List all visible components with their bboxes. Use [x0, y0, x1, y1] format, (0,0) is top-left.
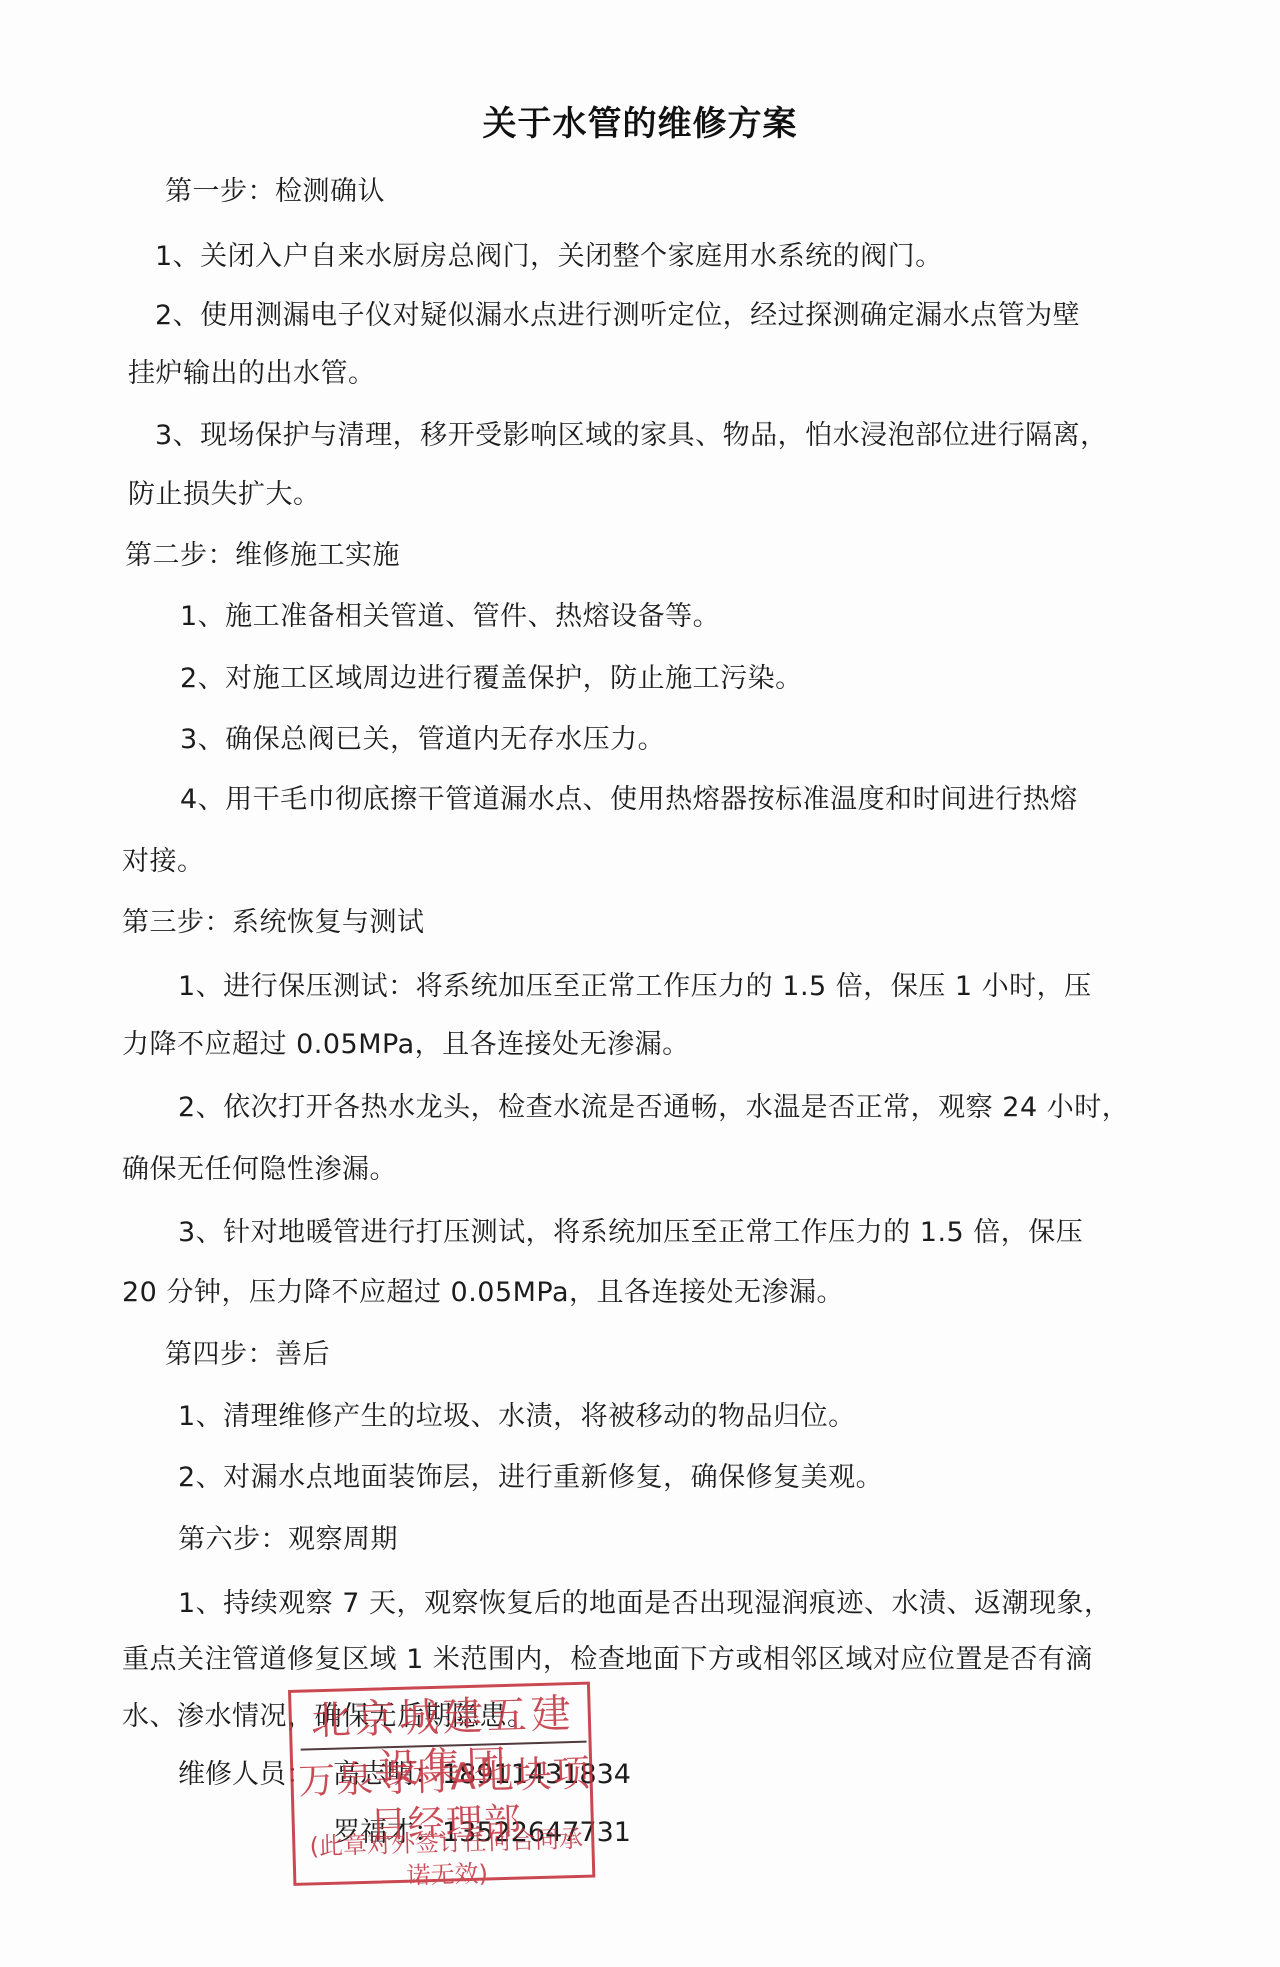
step1-item1: 1、关闭入户自来水厨房总阀门，关闭整个家庭用水系统的阀门。 — [155, 240, 943, 274]
step2-item4: 4、用干毛巾彻底擦干管道漏水点、使用热熔器按标准温度和时间进行热熔 — [180, 783, 1078, 817]
step3-item3-cont: 20 分钟，压力降不应超过 0.05MPa，且各连接处无渗漏。 — [122, 1276, 844, 1310]
section-heading-step3: 第三步：系统恢复与测试 — [122, 906, 425, 940]
step6-item1-cont: 重点关注管道修复区域 1 米范围内，检查地面下方或相邻区域对应位置是否有滴 — [122, 1643, 1093, 1677]
company-seal-stamp: 北京城建五建设集团 万泉寺村A地块项目经理部 (此章对外签订任何合同承诺无效) — [288, 1682, 595, 1886]
stamp-company-name: 北京城建五建设集团 — [299, 1689, 586, 1751]
step3-item1-cont: 力降不应超过 0.05MPa，且各连接处无渗漏。 — [122, 1028, 690, 1062]
section-heading-step2: 第二步：维修施工实施 — [125, 539, 400, 573]
step1-item3-cont: 防止损失扩大。 — [128, 478, 321, 512]
step2-item4-cont: 对接。 — [122, 845, 205, 879]
section-heading-step1: 第一步：检测确认 — [165, 175, 385, 209]
document-title: 关于水管的维修方案 — [0, 96, 1280, 145]
step2-item1: 1、施工准备相关管道、管件、热熔设备等。 — [180, 600, 720, 634]
step2-item2: 2、对施工区域周边进行覆盖保护，防止施工污染。 — [180, 662, 803, 696]
step3-item1: 1、进行保压测试：将系统加压至正常工作压力的 1.5 倍，保压 1 小时，压 — [178, 970, 1092, 1004]
step3-item2-cont: 确保无任何隐性渗漏。 — [122, 1153, 397, 1187]
stamp-disclaimer: (此章对外签订任何合同承诺无效) — [299, 1823, 595, 1895]
step4-item2: 2、对漏水点地面装饰层，进行重新修复，确保修复美观。 — [178, 1461, 883, 1495]
step1-item2-cont: 挂炉输出的出水管。 — [128, 357, 376, 391]
section-heading-step6: 第六步：观察周期 — [178, 1523, 398, 1557]
document-page: 关于水管的维修方案 第一步：检测确认 1、关闭入户自来水厨房总阀门，关闭整个家庭… — [0, 0, 1280, 1967]
step6-item1: 1、持续观察 7 天，观察恢复后的地面是否出现湿润痕迹、水渍、返潮现象， — [178, 1587, 1112, 1621]
step2-item3: 3、确保总阀已关，管道内无存水压力。 — [180, 723, 665, 757]
step4-item1: 1、清理维修产生的垃圾、水渍，将被移动的物品归位。 — [178, 1400, 856, 1434]
step1-item3: 3、现场保护与清理，移开受影响区域的家具、物品，怕水浸泡部位进行隔离， — [155, 419, 1108, 453]
step3-item3: 3、针对地暖管进行打压测试，将系统加压至正常工作压力的 1.5 倍，保压 — [178, 1216, 1083, 1250]
step1-item2: 2、使用测漏电子仪对疑似漏水点进行测听定位，经过探测确定漏水点管为壁 — [155, 299, 1080, 333]
step3-item2: 2、依次打开各热水龙头，检查水流是否通畅，水温是否正常，观察 24 小时， — [178, 1091, 1129, 1125]
section-heading-step4: 第四步：善后 — [165, 1338, 330, 1372]
